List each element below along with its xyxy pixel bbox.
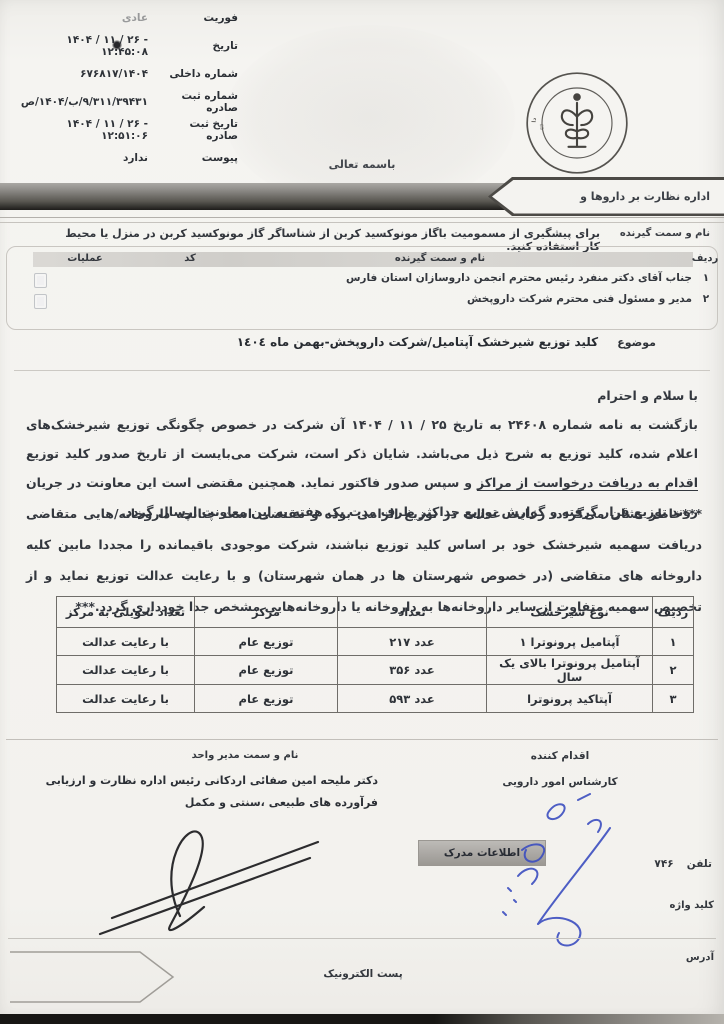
manager-signature [92,814,342,942]
manager-name: دکتر ملیحه امین صفائی اردکانی رئیس اداره… [26,770,378,814]
caduceus-symbol [562,93,592,147]
action-by-role: کارشناس امور دارویی [502,776,618,788]
recipient-name-label: نام و سمت گیرنده [610,228,710,239]
outgoing-date-label: تاریخ ثبت صادره [158,118,238,142]
banner-chevron: اداره نظارت بر داروها و فرآوردهای سنتی [492,180,724,214]
divider-line [8,938,716,939]
ink-blot [112,40,122,50]
row-action-icon[interactable] [34,294,47,309]
subject-text: کلید توزیع شیرخشک آپتامیل/شرکت داروپخش-ب… [237,335,598,349]
metadata-row-date: ۱۴۰۴ / ۱۱ / ۲۶ - ۱۲:۴۵:۰۸ تاریخ [20,32,238,60]
outgoing-number-label: شماره ثبت صادره [158,90,238,114]
email-arrow-outline [8,950,178,1004]
body-greeting: با سلام و احترام [26,381,698,410]
table-cell: توزیع عام [195,685,338,713]
table-cell: توزیع عام [195,656,338,685]
table-row: ۱ آپتامیل پرونوترا ۱ ۲۱۷ عدد توزیع عام ب… [57,628,694,656]
recipients-header-row: ردیف [688,253,722,264]
underlined-phrase: اقدام به دریافت درخواست از مراکز [477,475,698,490]
divider-line [6,739,718,740]
table-cell: ۵۹۳ عدد [338,685,487,713]
attachment-value: ندارد [20,152,148,164]
bottom-scan-bar [0,1014,724,1024]
metadata-row-outgoing-number: ص/۱۴۰۴/ب/۹/۳۱۱/۳۹۴۳۱ شماره ثبت صادره [20,88,238,116]
keyword-label: کلید واژه [650,900,714,911]
recipient-number: ۲ [698,293,714,305]
table-cell: ۱ [653,628,694,656]
outgoing-number-value: ص/۱۴۰۴/ب/۹/۳۱۱/۳۹۴۳۱ [20,96,148,108]
table-cell: با رعایت عدالت [57,685,195,713]
address-label: آدرس [666,952,714,963]
manager-title-label: نام و سمت مدیر واحد [190,750,300,761]
divider-line [0,217,724,218]
header-cell-center: مرکز [195,597,338,628]
metadata-row-internal-number: ۶۷۶۸۱۷/۱۴۰۴ شماره داخلی [20,60,238,88]
university-seal-logo: دانشگاه علوم پزشکی و خدمات بهداشتی درمان… [524,70,630,176]
table-cell: با رعایت عدالت [57,628,195,656]
recipient-name: جناب آقای دکتر منفرد رئیس محترم انجمن دا… [260,272,692,284]
recipients-header-actions: عملیات [60,253,110,264]
table-cell: ۲ [653,656,694,685]
attachment-label: پیوست [158,152,238,164]
distribution-table: ردیف نوع شیرخشک تعداد مرکز تعداد تحویلی … [56,596,694,713]
recipient-number: ۱ [698,272,714,284]
recipient-name: مدیر و مسئول فنی محترم شرکت داروپخش [260,293,692,305]
divider-line [0,222,724,223]
subject-label: موضوع [617,336,656,349]
subject-line: موضوع کلید توزیع شیرخشک آپتامیل/شرکت دار… [40,331,656,350]
priority-label: فوریت [158,12,238,24]
table-cell: ۲۱۷ عدد [338,628,487,656]
table-cell: توزیع عام [195,628,338,656]
divider-line [14,370,710,371]
metadata-row-attachment: ندارد پیوست [20,144,238,172]
recipients-header-name: نام و سمت گیرنده [380,253,500,264]
table-cell: آپتامیل پرونوترا بالای یک سال [487,656,653,685]
recipient-row: ۲ مدیر و مسئول فنی محترم شرکت داروپخش [0,293,724,309]
date-value: ۱۴۰۴ / ۱۱ / ۲۶ - ۱۲:۴۵:۰۸ [20,34,148,58]
table-row: ۳ آپتاکید پرونوترا ۵۹۳ عدد توزیع عام با … [57,685,694,713]
header-cell-quantity: تعداد [338,597,487,628]
blue-ink-note [492,792,637,957]
header-cell-type: نوع شیرخشک [487,597,653,628]
row-action-icon[interactable] [34,273,47,288]
metadata-row-outgoing-date: ۱۴۰۴ / ۱۱ / ۲۶ - ۱۲:۵۱:۰۶ تاریخ ثبت صادر… [20,116,238,144]
action-by-label: اقدام کننده [512,750,608,762]
table-cell: آپتاکید پرونوترا [487,685,653,713]
table-row: ۲ آپتامیل پرونوترا بالای یک سال ۳۵۶ عدد … [57,656,694,685]
email-label: پست الکترونیک [318,968,408,980]
recipients-header-code: کد [175,253,205,264]
table-cell: آپتامیل پرونوترا ۱ [487,628,653,656]
priority-value: عادی [20,12,148,24]
letter-metadata: عادی فوریت ۱۴۰۴ / ۱۱ / ۲۶ - ۱۲:۴۵:۰۸ تار… [20,4,238,172]
table-cell: ۳ [653,685,694,713]
header-cell-delivered: تعداد تحویلی به مرکز [57,597,195,628]
header-cell-row: ردیف [653,597,694,628]
outgoing-date-value: ۱۴۰۴ / ۱۱ / ۲۶ - ۱۲:۵۱:۰۶ [20,118,148,142]
recipient-row: ۱ جناب آقای دکتر منفرد رئیس محترم انجمن … [0,272,724,288]
recipients-header-strip [33,252,693,267]
phone-label: تلفن [687,858,712,870]
table-header-row: ردیف نوع شیرخشک تعداد مرکز تعداد تحویلی … [57,597,694,628]
besmele-text: باسمه تعالی [312,158,412,171]
metadata-row-priority: عادی فوریت [20,4,238,32]
date-label: تاریخ [158,40,238,52]
phone-value: ۷۴۶ [654,858,673,870]
scanned-letter-page: عادی فوریت ۱۴۰۴ / ۱۱ / ۲۶ - ۱۲:۴۵:۰۸ تار… [0,0,724,1024]
table-cell: با رعایت عدالت [57,656,195,685]
internal-number-label: شماره داخلی [158,68,238,80]
body-text: بازگشت به نامه شماره ۲۴۶۰۸ به تاریخ ۲۵ /… [26,417,698,461]
internal-number-value: ۶۷۶۸۱۷/۱۴۰۴ [20,68,148,80]
table-cell: ۳۵۶ عدد [338,656,487,685]
